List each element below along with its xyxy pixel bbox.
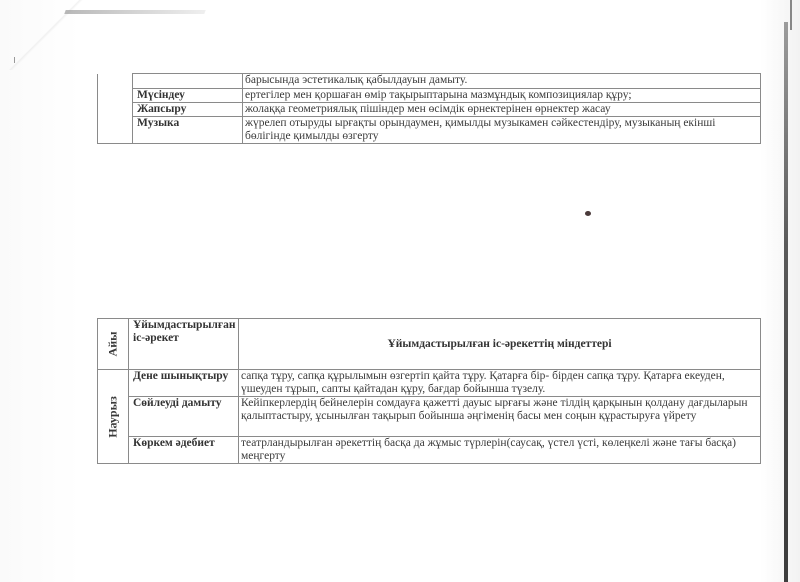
month-cell: Наурыз xyxy=(98,370,129,464)
task-cell: театрландырылған әрекеттің басқа да жұмы… xyxy=(239,437,761,464)
task-cell: жүрелеп отыруды ырғақты орындаумен, қимы… xyxy=(243,117,761,144)
table-row: барысында эстетикалық қабылдауын дамыту. xyxy=(98,74,761,89)
table-row: Наурыз Дене шынықтыру сапқа тұру, сапқа … xyxy=(98,370,761,397)
subject-cell: Сөйлеуді дамыту xyxy=(129,397,239,437)
top-activities-table: барысында эстетикалық қабылдауын дамыту.… xyxy=(97,73,761,144)
month-cell xyxy=(98,74,133,144)
month-header-cell: Айы xyxy=(98,319,129,370)
task-cell: барысында эстетикалық қабылдауын дамыту. xyxy=(243,74,761,89)
march-activities-table: Айы Ұйымдастырылған іс-әрекет Ұйымдастыр… xyxy=(97,318,761,464)
month-label: Наурыз xyxy=(107,396,120,438)
table-row: Сөйлеуді дамыту Кейіпкерлердің бейнелері… xyxy=(98,397,761,437)
scan-mark xyxy=(14,57,15,63)
page-fold-edge xyxy=(64,10,205,14)
task-cell: сапқа тұру, сапқа құрылымын өзгертіп қай… xyxy=(239,370,761,397)
subject-cell xyxy=(133,74,243,89)
activity-header: Ұйымдастырылған іс-әрекет xyxy=(129,319,239,370)
subject-cell: Жапсыру xyxy=(133,103,243,117)
page-right-edge xyxy=(784,22,788,582)
tasks-header: Ұйымдастырылған іс-әрекеттің міндеттері xyxy=(239,319,761,370)
table-row: Музыка жүрелеп отыруды ырғақты орындауме… xyxy=(98,117,761,144)
ink-speck xyxy=(585,211,591,216)
task-cell: Кейіпкерлердің бейнелерін сомдауға қажет… xyxy=(239,397,761,437)
table-row: Жапсыру жолаққа геометриялық пішіндер ме… xyxy=(98,103,761,117)
table-header-row: Айы Ұйымдастырылған іс-әрекет Ұйымдастыр… xyxy=(98,319,761,370)
subject-cell: Музыка xyxy=(133,117,243,144)
table-row: Мүсіндеу ертегілер мен қоршаған өмір тақ… xyxy=(98,89,761,103)
subject-cell: Дене шынықтыру xyxy=(129,370,239,397)
table-row: Көркем әдебиет театрландырылған әрекетті… xyxy=(98,437,761,464)
scanned-page: барысында эстетикалық қабылдауын дамыту.… xyxy=(0,0,800,582)
page-right-edge-top xyxy=(790,0,792,30)
subject-cell: Көркем әдебиет xyxy=(129,437,239,464)
task-cell: жолаққа геометриялық пішіндер мен өсімді… xyxy=(243,103,761,117)
task-cell: ертегілер мен қоршаған өмір тақырыптарын… xyxy=(243,89,761,103)
month-header: Айы xyxy=(107,332,120,357)
subject-cell: Мүсіндеу xyxy=(133,89,243,103)
